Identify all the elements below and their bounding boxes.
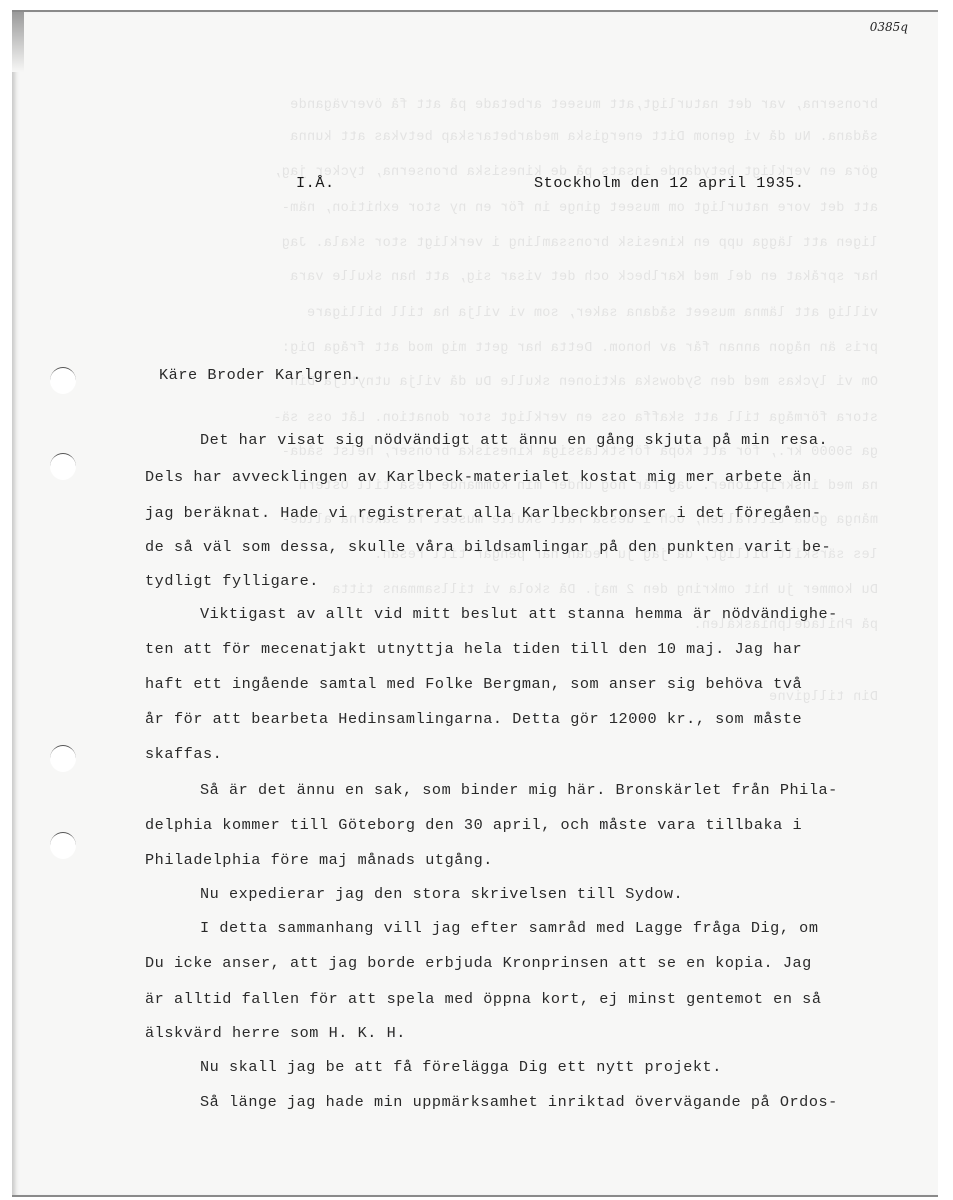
letter-line: är alltid fallen för att spela med öppna… xyxy=(145,990,821,1008)
place-and-date: Stockholm den 12 april 1935. xyxy=(534,174,805,192)
letter-line: Viktigast av allt vid mitt beslut att st… xyxy=(200,605,838,623)
bleedthrough-line: stora förmåga till att skaffa oss en ver… xyxy=(98,411,878,426)
bleedthrough-line: pris än någon annan får av honom. Detta … xyxy=(98,341,878,356)
letter-line: Dels har avvecklingen av Karlbeck-materi… xyxy=(145,468,812,486)
letter-line: de så väl som dessa, skulle våra bildsam… xyxy=(145,538,831,556)
punch-hole-icon xyxy=(50,832,76,859)
letter-line: Det har visat sig nödvändigt att ännu en… xyxy=(200,431,828,449)
bleedthrough-line: bronserna, var det naturligt,att museet … xyxy=(98,98,878,113)
bleedthrough-line: har språkat en del med Karlbeck och det … xyxy=(98,270,878,285)
punch-hole-icon xyxy=(50,367,76,394)
letter-line: delphia kommer till Göteborg den 30 apri… xyxy=(145,816,802,834)
letter-line: ten att för mecenatjakt utnyttja hela ti… xyxy=(145,640,802,658)
punch-hole-icon xyxy=(50,745,76,772)
letter-line: Så är det ännu en sak, som binder mig hä… xyxy=(200,781,838,799)
letter-line: år för att bearbeta Hedinsamlingarna. De… xyxy=(145,710,802,728)
letter-line: Så länge jag hade min uppmärksamhet inri… xyxy=(200,1093,838,1111)
archive-number: 0385q xyxy=(870,20,908,34)
letter-line: Nu skall jag be att få förelägga Dig ett… xyxy=(200,1058,722,1076)
punch-hole-icon xyxy=(50,453,76,480)
bleedthrough-line: villig att lämna museet sådana saker, so… xyxy=(98,306,878,321)
salutation: Käre Broder Karlgren. xyxy=(159,366,362,384)
letter-line: Nu expedierar jag den stora skrivelsen t… xyxy=(200,885,683,903)
letter-line: tydligt fylligare. xyxy=(145,572,319,590)
scan-edge-shadow xyxy=(12,12,24,72)
letter-line: I detta sammanhang vill jag efter samråd… xyxy=(200,919,819,937)
letter-line: haft ett ingående samtal med Folke Bergm… xyxy=(145,675,802,693)
bleedthrough-line: ligen att lägga upp en kinesisk bronssam… xyxy=(98,236,878,251)
letter-line: jag beräknat. Hade vi registrerat alla K… xyxy=(145,504,821,522)
bleedthrough-line: att det vore naturligt om museet ginge i… xyxy=(98,201,878,216)
sender-initials: I.Å. xyxy=(296,174,335,192)
letter-line: Du icke anser, att jag borde erbjuda Kro… xyxy=(145,954,812,972)
letter-line: älskvärd herre som H. K. H. xyxy=(145,1024,406,1042)
letter-line: skaffas. xyxy=(145,745,222,763)
bleedthrough-line: sådana. Nu då vi genom Ditt energiska me… xyxy=(98,130,878,145)
letter-line: Philadelphia före maj månads utgång. xyxy=(145,851,493,869)
